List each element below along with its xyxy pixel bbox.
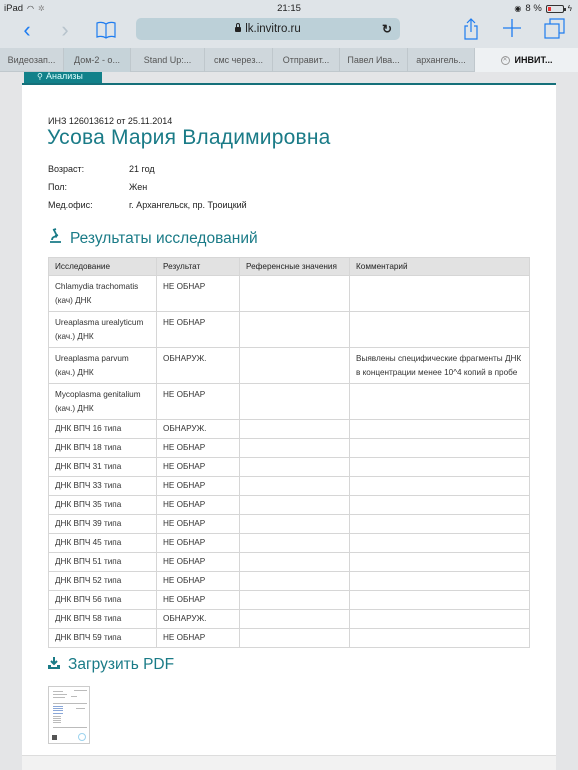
cell-result: НЕ ОБНАР xyxy=(157,553,240,572)
download-icon xyxy=(48,657,62,672)
cell-comment xyxy=(350,534,530,553)
patient-name: Усова Мария Владимировна xyxy=(47,126,331,150)
status-bar: iPad ◠ ✲ 21:15 ◉ 8 % ϟ xyxy=(0,0,578,16)
table-row: ДНК ВПЧ 52 типаНЕ ОБНАР xyxy=(49,572,530,591)
bookmarks-button[interactable] xyxy=(91,20,121,46)
cell-result: НЕ ОБНАР xyxy=(157,515,240,534)
col-header-reference: Референсные значения xyxy=(240,258,350,276)
table-row: ДНК ВПЧ 45 типаНЕ ОБНАР xyxy=(49,534,530,553)
reload-icon[interactable]: ↻ xyxy=(382,18,392,40)
cell-test: ДНК ВПЧ 39 типа xyxy=(49,515,157,534)
cell-result: ОБНАРУЖ. xyxy=(157,348,240,384)
cell-ref xyxy=(240,572,350,591)
cell-comment xyxy=(350,312,530,348)
microscope-icon xyxy=(48,228,64,246)
browser-tab[interactable]: Дом-2 - о... xyxy=(64,48,131,72)
cell-test: ДНК ВПЧ 58 типа xyxy=(49,610,157,629)
order-number: ИНЗ 126013612 от 25.11.2014 xyxy=(48,116,172,126)
cell-ref xyxy=(240,439,350,458)
col-header-result: Результат xyxy=(157,258,240,276)
cell-test: ДНК ВПЧ 16 типа xyxy=(49,420,157,439)
cell-test: ДНК ВПЧ 59 типа xyxy=(49,629,157,648)
table-row: ДНК ВПЧ 33 типаНЕ ОБНАР xyxy=(49,477,530,496)
charging-icon: ϟ xyxy=(568,4,572,13)
microscope-icon: ⚲ xyxy=(37,72,43,81)
cell-ref xyxy=(240,276,350,312)
table-header-row: Исследование Результат Референсные значе… xyxy=(49,258,530,276)
lock-icon xyxy=(235,27,241,32)
back-button[interactable]: ‹ xyxy=(12,18,42,44)
cell-result: НЕ ОБНАР xyxy=(157,458,240,477)
download-pdf-link[interactable]: Загрузить PDF xyxy=(48,656,174,674)
table-row: ДНК ВПЧ 59 типаНЕ ОБНАР xyxy=(49,629,530,648)
cell-ref xyxy=(240,312,350,348)
battery-icon xyxy=(546,5,564,13)
cell-comment xyxy=(350,629,530,648)
cell-test: ДНК ВПЧ 56 типа xyxy=(49,591,157,610)
table-row: ДНК ВПЧ 51 типаНЕ ОБНАР xyxy=(49,553,530,572)
table-row: ДНК ВПЧ 35 типаНЕ ОБНАР xyxy=(49,496,530,515)
orientation-lock-icon: ◉ xyxy=(514,4,521,13)
col-header-test: Исследование xyxy=(49,258,157,276)
cell-test: Mycoplasma genitalium (кач.) ДНК xyxy=(49,384,157,420)
cell-ref xyxy=(240,477,350,496)
page-footer xyxy=(22,755,556,770)
browser-toolbar: ‹ › lk.invitro.ru ↻ xyxy=(0,16,578,48)
cell-result: НЕ ОБНАР xyxy=(157,312,240,348)
cell-test: ДНК ВПЧ 45 типа xyxy=(49,534,157,553)
plus-icon xyxy=(502,18,522,38)
tab-strip: Видеозап... Дом-2 - о... Stand Up:... см… xyxy=(0,48,578,72)
cell-test: Ureaplasma urealyticum (кач.) ДНК xyxy=(49,312,157,348)
patient-info: Возраст: 21 год Пол: Жен Мед.офис: г. Ар… xyxy=(48,164,247,218)
cell-comment xyxy=(350,420,530,439)
cell-ref xyxy=(240,420,350,439)
table-row: ДНК ВПЧ 18 типаНЕ ОБНАР xyxy=(49,439,530,458)
clock: 21:15 xyxy=(0,3,578,14)
cell-ref xyxy=(240,496,350,515)
cell-ref xyxy=(240,591,350,610)
cell-comment xyxy=(350,553,530,572)
cell-ref xyxy=(240,515,350,534)
tabs-icon xyxy=(544,18,566,40)
cell-result: НЕ ОБНАР xyxy=(157,629,240,648)
browser-tab-active[interactable]: ✕ИНВИТ... xyxy=(475,48,578,72)
browser-tab[interactable]: Stand Up:... xyxy=(131,48,205,72)
cell-result: ОБНАРУЖ. xyxy=(157,420,240,439)
table-row: ДНК ВПЧ 31 типаНЕ ОБНАР xyxy=(49,458,530,477)
table-row: Ureaplasma parvum (кач.) ДНКОБНАРУЖ.Выяв… xyxy=(49,348,530,384)
cell-comment xyxy=(350,496,530,515)
result-card: ИНЗ 126013612 от 25.11.2014 Усова Мария … xyxy=(22,83,556,755)
cell-comment xyxy=(350,384,530,420)
table-row: Ureaplasma urealyticum (кач.) ДНКНЕ ОБНА… xyxy=(49,312,530,348)
page-viewport: ⚲ Анализы ИНЗ 126013612 от 25.11.2014 Ус… xyxy=(0,72,578,770)
close-tab-icon[interactable]: ✕ xyxy=(501,56,510,65)
browser-tab[interactable]: Отправит... xyxy=(273,48,340,72)
table-row: ДНК ВПЧ 58 типаОБНАРУЖ. xyxy=(49,610,530,629)
info-row-age: Возраст: 21 год xyxy=(48,164,247,182)
cell-test: ДНК ВПЧ 51 типа xyxy=(49,553,157,572)
cell-result: НЕ ОБНАР xyxy=(157,384,240,420)
cell-comment xyxy=(350,610,530,629)
forward-button[interactable]: › xyxy=(50,18,80,44)
cell-test: Chlamydia trachomatis (кач) ДНК xyxy=(49,276,157,312)
cell-comment xyxy=(350,458,530,477)
cell-test: ДНК ВПЧ 52 типа xyxy=(49,572,157,591)
tabs-overview-button[interactable] xyxy=(540,18,570,44)
browser-tab[interactable]: архангель... xyxy=(408,48,475,72)
table-row: Chlamydia trachomatis (кач) ДНКНЕ ОБНАР xyxy=(49,276,530,312)
cell-result: НЕ ОБНАР xyxy=(157,534,240,553)
cell-comment xyxy=(350,591,530,610)
share-button[interactable] xyxy=(456,18,486,44)
table-row: Mycoplasma genitalium (кач.) ДНКНЕ ОБНАР xyxy=(49,384,530,420)
cell-comment xyxy=(350,276,530,312)
info-row-office: Мед.офис: г. Архангельск, пр. Троицкий xyxy=(48,200,247,218)
browser-tab[interactable]: Павел Ива... xyxy=(340,48,408,72)
cell-result: ОБНАРУЖ. xyxy=(157,610,240,629)
cell-comment xyxy=(350,515,530,534)
cell-test: ДНК ВПЧ 18 типа xyxy=(49,439,157,458)
book-icon xyxy=(96,21,116,39)
col-header-comment: Комментарий xyxy=(350,258,530,276)
cell-result: НЕ ОБНАР xyxy=(157,496,240,515)
analyses-tab[interactable]: ⚲ Анализы xyxy=(24,72,102,83)
cell-comment xyxy=(350,477,530,496)
chevron-left-icon: ‹ xyxy=(23,17,30,42)
battery-percent: 8 % xyxy=(525,3,541,14)
cell-result: НЕ ОБНАР xyxy=(157,477,240,496)
cell-result: НЕ ОБНАР xyxy=(157,591,240,610)
table-row: ДНК ВПЧ 56 типаНЕ ОБНАР xyxy=(49,591,530,610)
cell-test: ДНК ВПЧ 31 типа xyxy=(49,458,157,477)
chevron-right-icon: › xyxy=(61,17,68,42)
share-icon xyxy=(463,18,479,40)
cell-comment xyxy=(350,572,530,591)
info-row-sex: Пол: Жен xyxy=(48,182,247,200)
new-tab-button[interactable] xyxy=(497,18,527,44)
cell-result: НЕ ОБНАР xyxy=(157,572,240,591)
browser-tab[interactable]: Видеозап... xyxy=(0,48,64,72)
url-text: lk.invitro.ru xyxy=(245,23,301,35)
cell-ref xyxy=(240,348,350,384)
cell-result: НЕ ОБНАР xyxy=(157,439,240,458)
results-heading: Результаты исследований xyxy=(48,228,258,248)
browser-tab[interactable]: смс черeз... xyxy=(205,48,273,72)
cell-comment: Выявлены специфические фрагменты ДНК в к… xyxy=(350,348,530,384)
cell-test: ДНК ВПЧ 35 типа xyxy=(49,496,157,515)
pdf-thumbnail[interactable] xyxy=(48,686,90,744)
address-bar[interactable]: lk.invitro.ru ↻ xyxy=(136,18,400,40)
cell-comment xyxy=(350,439,530,458)
cell-ref xyxy=(240,534,350,553)
results-table: Исследование Результат Референсные значе… xyxy=(48,257,530,648)
cell-ref xyxy=(240,629,350,648)
table-row: ДНК ВПЧ 39 типаНЕ ОБНАР xyxy=(49,515,530,534)
cell-test: ДНК ВПЧ 33 типа xyxy=(49,477,157,496)
cell-ref xyxy=(240,610,350,629)
cell-ref xyxy=(240,384,350,420)
cell-result: НЕ ОБНАР xyxy=(157,276,240,312)
cell-test: Ureaplasma parvum (кач.) ДНК xyxy=(49,348,157,384)
table-row: ДНК ВПЧ 16 типаОБНАРУЖ. xyxy=(49,420,530,439)
cell-ref xyxy=(240,553,350,572)
cell-ref xyxy=(240,458,350,477)
